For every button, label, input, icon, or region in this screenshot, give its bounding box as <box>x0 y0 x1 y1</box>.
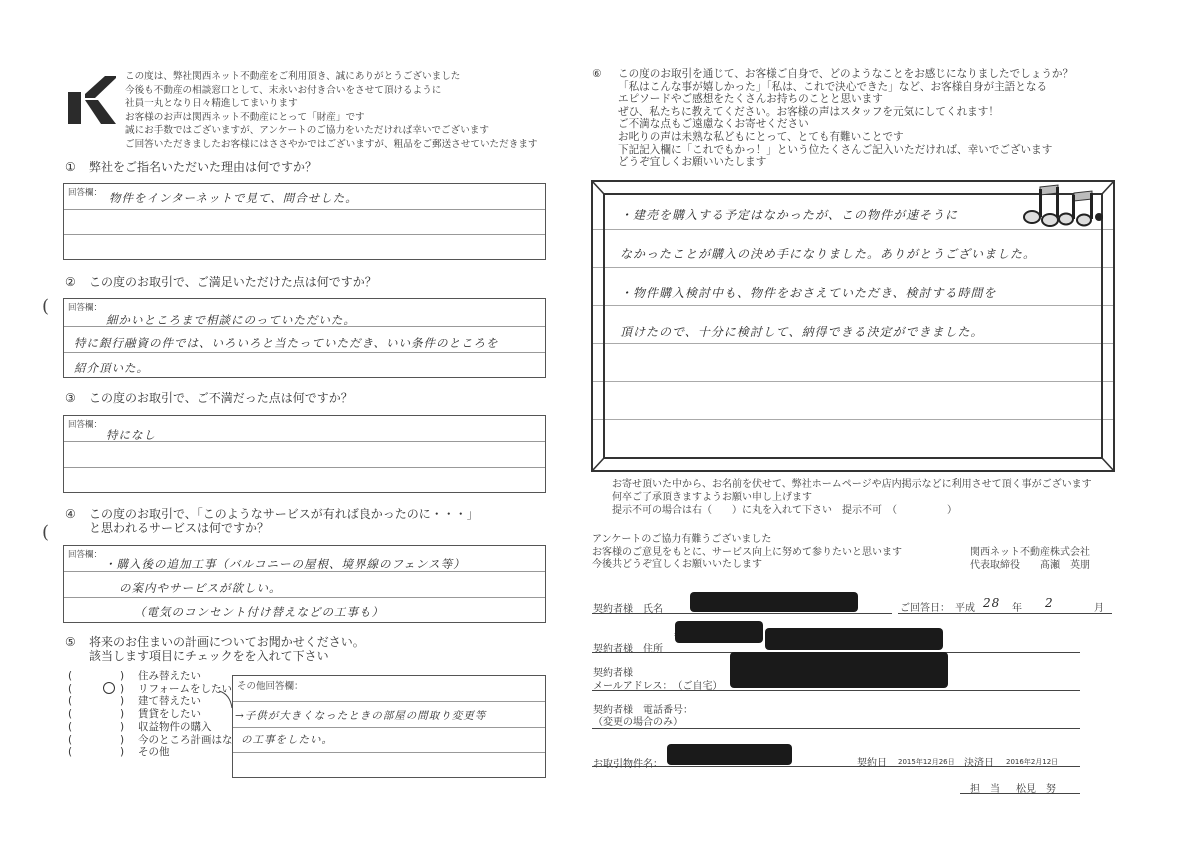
contract-date: 2015年12月26日 <box>898 757 955 767</box>
handwritten-answer: 特になし <box>106 427 156 443</box>
handwritten-answer: なかったことが購入の決め手になりました。ありがとうございました。 <box>620 245 1036 262</box>
handwritten-answer: の案内やサービスが欲しい。 <box>119 580 282 596</box>
answer-month[interactable]: 2 <box>1045 596 1054 610</box>
check-option-selected[interactable]: ()リフォームをしたい <box>68 683 243 696</box>
contract-date-label: 契約日 <box>857 754 887 769</box>
handwritten-answer: 紹介頂いた。 <box>74 360 149 376</box>
plan-checklist: ()住み替えたい ()リフォームをしたい ()建て替えたい ()賃貸をしたい (… <box>68 670 243 759</box>
question-1: ①弊社をご指名いただいた理由は何ですか？ <box>65 158 317 175</box>
handwritten-answer: （電気のコンセント付け替えなどの工事も） <box>134 604 384 620</box>
other-answer-box[interactable]: その他回答欄： →子供が大きくなったときの部屋の間取り変更等 の工事をしたい。 <box>232 675 546 778</box>
answer-box-3[interactable]: 回答欄： 特になし <box>63 415 546 493</box>
property-label: お取引物件名： <box>593 755 663 770</box>
check-option[interactable]: ()収益物件の購入 <box>68 721 243 734</box>
check-option[interactable]: ()その他 <box>68 746 243 759</box>
question-2: ②この度のお取引で、ご満足いただけた点は何ですか？ <box>65 273 377 290</box>
question-4: ④この度のお取引で、「このようなサービスが有れば良かったのに・・・」 と思われる… <box>65 507 479 535</box>
handwritten-answer: 特に銀行融資の件では、いろいろと当たっていただき、いい条件のところを <box>74 335 499 351</box>
arrow-connector-icon <box>218 690 238 714</box>
check-option[interactable]: ()建て替えたい <box>68 695 243 708</box>
answer-date-label: ご回答日： 平成 <box>900 599 975 614</box>
intro-text: この度は、弊社関西ネット不動産をご利用頂き、誠にありがとうございました 今後も不… <box>125 70 575 152</box>
company-signature: 関西ネット不動産株式会社 代表取締役 髙瀬 英朋 <box>970 547 1090 572</box>
redacted-property <box>667 744 792 765</box>
handwritten-answer: 頂けたので、十分に検討して、納得できる決定ができました。 <box>620 323 984 340</box>
handwritten-answer: →子供が大きくなったときの部屋の間取り変更等 <box>235 708 486 723</box>
handwritten-answer: 細かいところまで相談にのっていただいた。 <box>106 312 356 328</box>
check-option[interactable]: ()賃貸をしたい <box>68 708 243 721</box>
circle-check-icon <box>103 682 115 694</box>
handwritten-answer: 物件をインターネットで見て、問合せした。 <box>109 190 358 206</box>
check-option[interactable]: ()今のところ計画はない <box>68 734 243 747</box>
handwritten-answer: ・購入後の追加工事（バルコニーの屋根、境界線のフェンス等） <box>104 556 466 572</box>
publication-notice: お寄せ頂いた中から、お名前を伏せて、弊社ホームページや店内掲示などに利用させて頂… <box>612 479 1092 517</box>
settlement-date: 2016年2月12日 <box>1006 757 1058 767</box>
redacted-address <box>765 628 943 650</box>
music-notes-icon <box>1022 183 1104 227</box>
question-3: ③この度のお取引で、ご不満だった点は何ですか？ <box>65 389 353 406</box>
check-option[interactable]: ()住み替えたい <box>68 670 243 683</box>
handwritten-answer: の工事をしたい。 <box>241 732 333 747</box>
answer-box-4[interactable]: 回答欄： ・購入後の追加工事（バルコニーの屋根、境界線のフェンス等） の案内やサ… <box>63 545 546 623</box>
redacted-name <box>690 592 858 612</box>
k-logo-icon <box>68 76 116 124</box>
refuse-publication-option[interactable]: 提示不可の場合は右（ ）に丸を入れて下さい 提示不可 （ ） <box>612 505 1092 518</box>
question-5: ⑤将来のお住まいの計画についてお聞かせください。 該当します項目にチェックをを入… <box>65 635 365 663</box>
redacted-postal <box>675 621 763 643</box>
redacted-email <box>730 652 948 688</box>
handwritten-answer: ・建売を購入する予定はなかったが、この物件が速そうに <box>620 206 958 223</box>
question-6: ⑥この度のお取引を通じて、お客様ご自身で、どのようなことをお感じになりましたでし… <box>592 68 1073 169</box>
thanks-text: アンケートのご協力有難うございました お客様のご意見をもとに、サービス向上に努め… <box>592 534 902 572</box>
answer-box-1[interactable]: 回答欄： 物件をインターネットで見て、問合せした。 <box>63 183 546 260</box>
margin-mark: ( <box>42 522 49 543</box>
margin-mark: ( <box>42 296 49 317</box>
handwritten-answer: ・物件購入検討中も、物件をおさえていただき、検討する時間を <box>620 284 997 301</box>
answer-year[interactable]: 28 <box>983 596 1000 610</box>
settlement-date-label: 決済日 <box>964 754 994 769</box>
answer-box-2[interactable]: 回答欄： 細かいところまで相談にのっていただいた。 特に銀行融資の件では、いろい… <box>63 298 546 378</box>
